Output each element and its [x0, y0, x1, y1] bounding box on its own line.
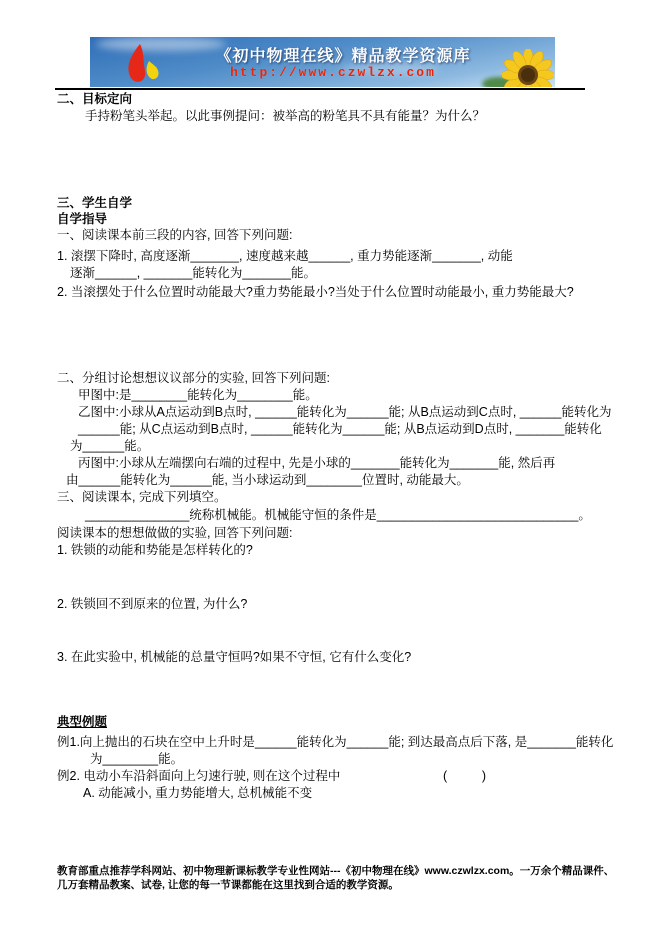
- text-line: 由______能转化为______能, 当小球运动到________位置时, 动…: [66, 473, 469, 488]
- document-page: 《初中物理在线》精品教学资源库 http://www.czwlzx.com: [0, 0, 661, 936]
- banner-title: 《初中物理在线》精品教学资源库: [188, 43, 498, 66]
- text-line: 一、阅读课本前三段的内容, 回答下列问题:: [57, 228, 292, 243]
- text-line: 阅读课本的想想做做的实验, 回答下列问题:: [57, 526, 292, 541]
- text-line: ______能; 从C点运动到B点时, ______能转化为______能; 从…: [78, 422, 602, 437]
- banner-url: http://www.czwlzx.com: [208, 65, 458, 80]
- text-line: _______________统称机械能。机械能守恒的条件是__________…: [85, 508, 591, 523]
- text-line: 为______能。: [70, 439, 149, 454]
- text-line: 为________能。: [90, 752, 183, 767]
- text-line: 2. 铁锁回不到原来的位置, 为什么?: [57, 597, 247, 612]
- answer-brackets: ( ): [443, 769, 486, 784]
- text-line: 例2. 电动小车沿斜面向上匀速行驶, 则在这个过程中: [57, 769, 340, 784]
- section-heading-goal: 二、目标定向: [57, 92, 132, 107]
- text-line: 逐渐______, _______能转化为_______能。: [70, 266, 316, 281]
- text-line: 1. 铁锁的动能和势能是怎样转化的?: [57, 543, 253, 558]
- text-line: 2. 当滚摆处于什么位置时动能最大?重力势能最小?当处于什么位置时动能最小, 重…: [57, 285, 574, 300]
- header-divider: [55, 88, 585, 90]
- text-line: 例1.向上抛出的石块在空中上升时是______能转化为______能; 到达最高…: [57, 735, 613, 750]
- text-line: 丙图中:小球从左端摆向右端的过程中, 先是小球的_______能转化为_____…: [78, 456, 555, 471]
- text-line: A. 动能减小, 重力势能增大, 总机械能不变: [83, 786, 312, 801]
- text-line: 乙图中:小球从A点运动到B点时, ______能转化为______能; 从B点运…: [78, 405, 612, 420]
- text-line: 三、阅读课本, 完成下列填空。: [57, 490, 226, 505]
- footer-line: 几万套精品教案、试卷, 让您的每一节课都能在这里找到合适的教学资源。: [57, 878, 399, 893]
- text-line: 1. 滚摆下降时, 高度逐渐_______, 速度越来越______, 重力势能…: [57, 249, 513, 264]
- footer-line: 教育部重点推荐学科网站、初中物理新课标教学专业性网站---《初中物理在线》www…: [57, 864, 614, 879]
- text-line: 3. 在此实验中, 机械能的总量守恒吗?如果不守恒, 它有什么变化?: [57, 650, 411, 665]
- flame-logo-icon: [118, 41, 162, 85]
- text-line: 二、分组讨论想想议议部分的实验, 回答下列问题:: [57, 371, 330, 386]
- sunflower-icon: [502, 49, 554, 87]
- section-heading-selfstudy: 三、学生自学: [57, 196, 132, 211]
- site-banner: 《初中物理在线》精品教学资源库 http://www.czwlzx.com: [90, 37, 555, 87]
- text-line: 甲图中:是________能转化为________能。: [78, 388, 318, 403]
- section-heading-examples: 典型例题: [57, 715, 107, 730]
- subheading-guide: 自学指导: [57, 212, 107, 227]
- text-line: 手持粉笔头举起。以此事例提问：被举高的粉笔具不具有能量？为什么？: [85, 109, 485, 124]
